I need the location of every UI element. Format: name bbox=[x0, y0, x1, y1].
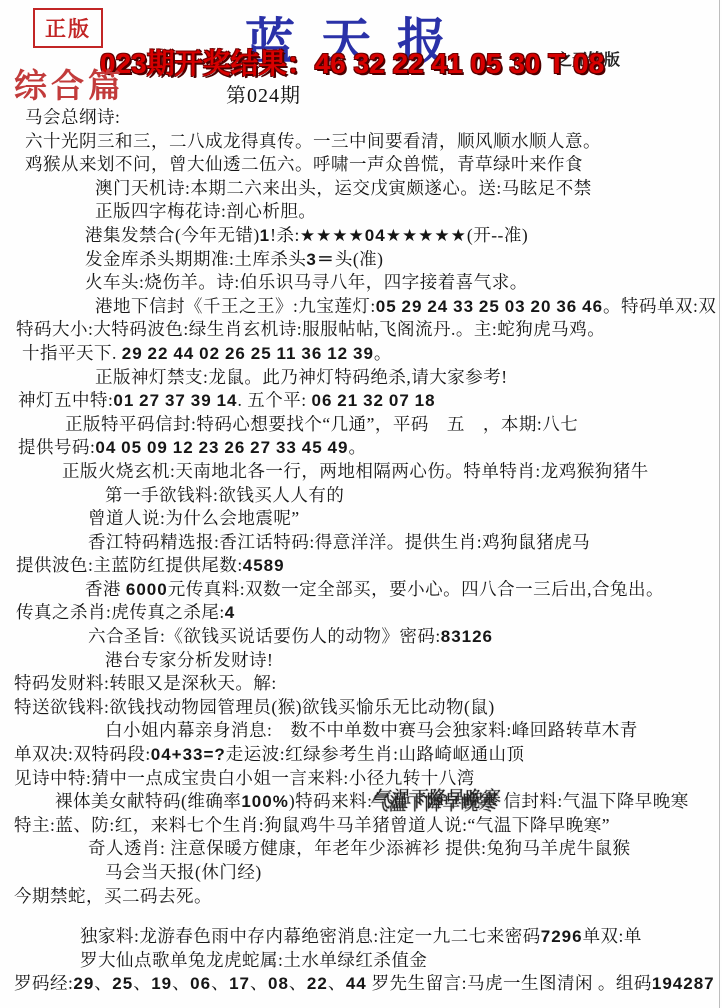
text-line: 港集发禁合(今年无错)1!杀:★★★★04★★★★★(开--准) bbox=[0, 224, 722, 248]
text-line: 香江特码精选报:香江话特码:得意洋洋。提供生肖:鸡狗鼠猪虎马 bbox=[0, 531, 722, 555]
text-line: 正版火烧玄机:天南地北各一行，两地相隔两心伤。特单特肖:龙鸡猴狗猪牛 bbox=[0, 460, 722, 484]
text-line: 发金库杀头期期准:土库杀头3＝头(准) bbox=[0, 248, 722, 272]
text-line: 提供波色:主蓝防红提供尾数:4589 bbox=[0, 554, 722, 578]
text-line: 澳门天机诗:本期二六来出头，运交戊寅颇遂心。送:马眩足不禁 bbox=[0, 177, 722, 201]
text-line: 奇人透肖: 注意保暖方健康，年老年少添裤衫 提供:兔狗马羊虎牛鼠猴 bbox=[0, 837, 722, 861]
text-line: 特码发财料:转眼又是深秋天。解: bbox=[0, 672, 722, 696]
newspaper-page: 正版 蓝天报 之无锋版 023期开奖结果：46 32 22 41 05 30 T… bbox=[0, 0, 722, 1008]
text-line: 曾道人说:为什么会地震呢” bbox=[0, 507, 722, 531]
text-line: 特主:蓝、防:红，来料七个生肖:狗鼠鸡牛马羊猪曾道人说:“气温下降早晚寒” bbox=[0, 814, 722, 838]
text-line: 鸡猴从来划不问，曾大仙透二伍六。呼啸一声众兽慌，青草绿叶来作食 bbox=[0, 153, 722, 177]
text-line: 特送欲钱料:欲钱找动物园管理员(猴)欲钱买愉乐无比动物(鼠) bbox=[0, 696, 722, 720]
text-line: 今期禁蛇，买二码去死。 bbox=[0, 885, 722, 909]
text-line: 传真之杀肖:虎传真之杀尾:4 bbox=[0, 601, 722, 625]
text-line: 提供号码:04 05 09 12 23 26 27 33 45 49。 bbox=[0, 436, 722, 460]
text-line: 港地下信封《千王之王》:九宝莲灯:05 29 24 33 25 03 20 36… bbox=[0, 295, 722, 319]
draw-result-banner: 023期开奖结果：46 32 22 41 05 30 T 08 bbox=[100, 42, 604, 82]
edition-badge: 正版 bbox=[33, 8, 103, 48]
text-line: 第一手欲钱料:欲钱买人人有的 bbox=[0, 484, 722, 508]
text-line: 白小姐内幕亲身消息: 数不中单数中赛马会独家料:峰回路转草木青 bbox=[0, 719, 722, 743]
text-line: 见诗中特:猜中一点成宝贵白小姐一言来料:小径九转十八湾 bbox=[0, 767, 722, 791]
text-line: 正版神灯禁支:龙鼠。此乃神灯特码绝杀,请大家参考! bbox=[0, 366, 722, 390]
text-line: 马会当天报(休门经) bbox=[0, 861, 722, 885]
body-lines: 马会总纲诗:六十光阴三和三，二八成龙得真传。一三中间要看清，顺风顺水顺人意。鸡猴… bbox=[0, 106, 722, 996]
text-line: 罗大仙点歌单兔龙虎蛇属:土水单绿红杀值金 bbox=[0, 949, 722, 973]
text-line: 正版四字梅花诗:剖心析胆。 bbox=[0, 200, 722, 224]
text-line: 特码大小:大特码波色:绿生肖玄机诗:服服帖帖,飞阁流丹.。主:蛇狗虎马鸡。 bbox=[0, 318, 722, 342]
text-line: 独家料:龙游春色雨中存内幕绝密消息:注定一九二七来密码7296单双:单 bbox=[0, 925, 722, 949]
issue-number: 第024期 bbox=[226, 79, 301, 108]
text-line: 香港 6000元传真料:双数一定全部买，要小心。四八合一三后出,合兔出。 bbox=[0, 578, 722, 602]
garbled-overprint: 气温下降早晚寒 bbox=[373, 790, 499, 814]
text-line: 马会总纲诗: bbox=[0, 106, 722, 130]
text-line: 港台专家分析发财诗! bbox=[0, 649, 722, 673]
text-line: 十指平天下. 29 22 44 02 26 25 11 36 12 39。 bbox=[0, 342, 722, 366]
text-line: 单双决:双特码段:04+33=?走运波:红绿参考生肖:山路崎岖通山顶 bbox=[0, 743, 722, 767]
text-line: 火车头:烧伤羊。诗:伯乐识马寻八年，四字接着喜气求。 bbox=[0, 271, 722, 295]
text-line: 正版特平码信封:特码心想要找个“几通”，平码 五 ，本期:八七 bbox=[0, 413, 722, 437]
text-line: 神灯五中特:01 27 37 39 14. 五个平: 06 21 32 07 1… bbox=[0, 389, 722, 413]
scan-edge-artifact bbox=[719, 0, 720, 1008]
text-line: 裸体美女献特码(维确率100%)特码来料:气温下降早晚寒 信封料:气温下降早晚寒 bbox=[0, 790, 722, 814]
text-line: 六十光阴三和三，二八成龙得真传。一三中间要看清，顺风顺水顺人意。 bbox=[0, 130, 722, 154]
text-line: 罗码经:29、25、19、06、17、08、22、44 罗先生留言:马虎一生图清… bbox=[0, 972, 722, 996]
section-title: 综合篇 bbox=[14, 60, 125, 107]
text-line: 六合圣旨:《欲钱买说话要伤人的动物》密码:83126 bbox=[0, 625, 722, 649]
